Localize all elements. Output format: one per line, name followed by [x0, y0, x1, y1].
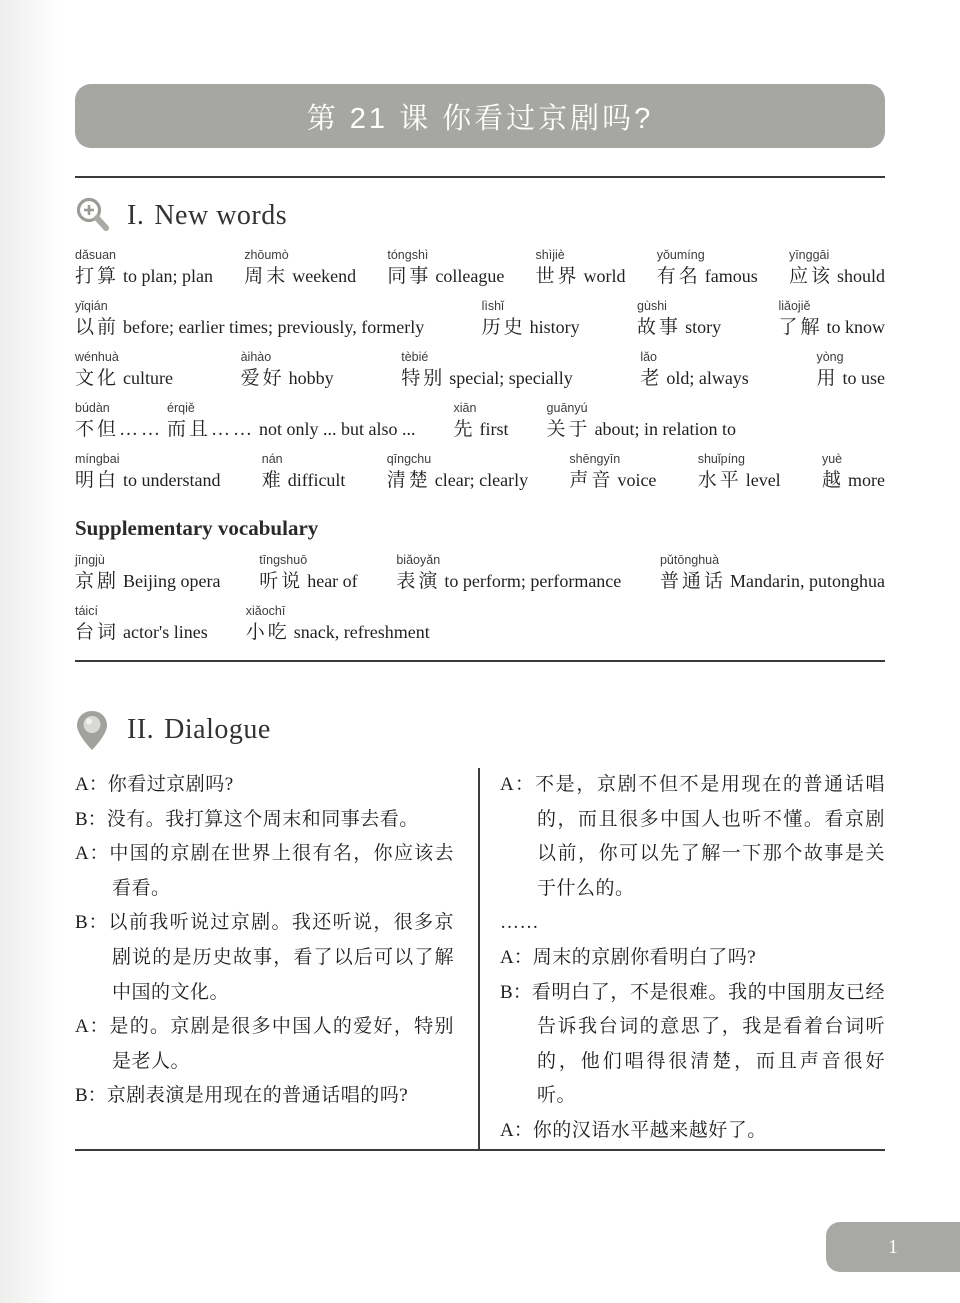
vocab-entry: wénhuà 文化culture	[75, 350, 173, 392]
vocab-pinyin: qīngchu	[387, 452, 528, 467]
vocab-pinyin: zhōumò	[244, 248, 356, 263]
speaker-label: B：	[75, 809, 107, 830]
vocab-entry: xiān 先first	[454, 401, 509, 443]
vocab-pinyin: xiān	[454, 401, 509, 416]
vocab-entry: pǔtōnghuà 普通话Mandarin, putonghua	[660, 553, 885, 595]
turn-text: 是的。京剧是很多中国人的爱好，特别是老人。	[109, 1016, 454, 1072]
vocab-pinyin: yòng	[816, 350, 885, 365]
page-number-tab: 1	[826, 1222, 960, 1272]
vocab-pinyin: míngbai	[75, 452, 221, 467]
vocab-pinyin: tóngshì	[387, 248, 504, 263]
vocab-entry: gùshi 故事story	[637, 299, 721, 341]
vocab-pinyin: xiǎochī	[246, 604, 430, 619]
vocab-entry: guānyú 关于about; in relation to	[547, 401, 736, 443]
vocab-english: about; in relation to	[595, 419, 736, 439]
supplementary-title: Supplementary vocabulary	[75, 516, 885, 541]
vocab-hanzi: 历史	[482, 317, 526, 338]
new-words-title: I.New words	[127, 200, 287, 232]
vocab-english: special; specially	[449, 368, 572, 388]
turn-text: 京剧表演是用现在的普通话唱的吗?	[107, 1085, 408, 1106]
vocab-pinyin: búdàn	[75, 401, 167, 416]
vocab-english: colleague	[435, 266, 504, 286]
vocab-entry: xiǎochī 小吃snack, refreshment	[246, 604, 430, 646]
speaker-label: A：	[75, 843, 109, 864]
turn-text: 你的汉语水平越来越好了。	[533, 1120, 767, 1141]
vocab-pinyin: táicí	[75, 604, 208, 619]
vocab-english: to know	[826, 317, 885, 337]
vocab-hanzi: 越	[822, 470, 844, 491]
vocab-english: weekend	[292, 266, 356, 286]
vocab-english: to perform; performance	[444, 571, 621, 591]
turn-text: 以前我听说过京剧。我还听说，很多京剧说的是历史故事，看了以后可以了解中国的文化。	[108, 912, 454, 1002]
vocab-pinyin: yīnggāi	[789, 248, 885, 263]
vocab-entry: tīngshuō 听说hear of	[259, 553, 357, 595]
vocab-english: voice	[617, 470, 656, 490]
vocab-hanzi: 爱好	[241, 368, 285, 389]
speaker-label: B：	[75, 1085, 107, 1106]
new-words-list: dǎsuan 打算to plan; plan zhōumò 周末weekend …	[75, 248, 885, 494]
dialogue-turn: A：是的。京剧是很多中国人的爱好，特别是老人。	[75, 1010, 454, 1079]
vocab-row: dǎsuan 打算to plan; plan zhōumò 周末weekend …	[75, 248, 885, 290]
lesson-title: 第 21 课 你看过京剧吗?	[307, 96, 654, 137]
vocab-english: Beijing opera	[123, 571, 220, 591]
section-divider	[75, 176, 885, 178]
vocab-hanzi: 不但……	[75, 419, 163, 440]
vocab-entry: nán 难difficult	[262, 452, 346, 494]
vocab-english: level	[746, 470, 781, 490]
vocab-hanzi: 先	[454, 419, 476, 440]
vocab-hanzi: 台词	[75, 622, 119, 643]
vocab-english: to plan; plan	[123, 266, 213, 286]
vocab-entry: táicí 台词actor's lines	[75, 604, 208, 646]
vocab-hanzi: 清楚	[387, 470, 431, 491]
new-words-header: I.New words	[75, 194, 885, 238]
vocab-entry: shìjiè 世界world	[536, 248, 626, 290]
dialogue-left-column: A：你看过京剧吗? B：没有。我打算这个周末和同事去看。 A：中国的京剧在世界上…	[75, 768, 478, 1149]
vocab-entry: lìshǐ 历史history	[482, 299, 580, 341]
vocab-english: snack, refreshment	[294, 622, 430, 642]
vocab-pinyin: jīngjù	[75, 553, 221, 568]
vocab-english: more	[848, 470, 885, 490]
vocab-pinyin: dǎsuan	[75, 248, 213, 263]
vocab-pinyin: guānyú	[547, 401, 736, 416]
speaker-label: B：	[75, 912, 108, 933]
vocab-pinyin: yuè	[822, 452, 885, 467]
vocab-entry: zhōumò 周末weekend	[244, 248, 356, 290]
supplementary-section: Supplementary vocabulary jīngjù 京剧Beijin…	[75, 516, 885, 646]
vocab-hanzi: 用	[816, 368, 838, 389]
vocab-hanzi: 有名	[657, 266, 701, 287]
vocab-hanzi: 难	[262, 470, 284, 491]
vocab-entry: yòng 用to use	[816, 350, 885, 392]
vocab-pinyin: yǒumíng	[657, 248, 758, 263]
vocab-english: actor's lines	[123, 622, 208, 642]
vocab-english: history	[530, 317, 580, 337]
vocab-pinyin: shēngyīn	[569, 452, 656, 467]
vocab-pinyin: nán	[262, 452, 346, 467]
speaker-label: A：	[500, 774, 535, 795]
vocab-entry: míngbai 明白to understand	[75, 452, 221, 494]
vocab-entry: yuè 越more	[822, 452, 885, 494]
dialogue-columns: A：你看过京剧吗? B：没有。我打算这个周末和同事去看。 A：中国的京剧在世界上…	[75, 768, 885, 1149]
vocab-hanzi: 特别	[401, 368, 445, 389]
vocab-english: old; always	[666, 368, 749, 388]
turn-text: ……	[500, 912, 539, 933]
supplementary-list: jīngjù 京剧Beijing opera tīngshuō 听说hear o…	[75, 553, 885, 646]
dialogue-turn: B：以前我听说过京剧。我还听说，很多京剧说的是历史故事，看了以后可以了解中国的文…	[75, 906, 454, 1010]
vocab-english: hear of	[307, 571, 357, 591]
section-divider	[75, 660, 885, 662]
lesson-banner: 第 21 课 你看过京剧吗?	[75, 84, 885, 148]
vocab-entry: érqiě 而且……not only ... but also ...	[167, 401, 416, 443]
vocab-row: míngbai 明白to understand nán 难difficult q…	[75, 452, 885, 494]
vocab-hanzi: 故事	[637, 317, 681, 338]
vocab-entry: lǎo 老old; always	[640, 350, 749, 392]
dialogue-header: II.Dialogue	[75, 708, 885, 752]
vocab-hanzi: 老	[640, 368, 662, 389]
vocab-entry: shēngyīn 声音voice	[569, 452, 656, 494]
vocab-english: world	[584, 266, 626, 286]
vocab-hanzi: 周末	[244, 266, 288, 287]
vocab-pinyin: shuǐpíng	[698, 452, 781, 467]
vocab-english: famous	[705, 266, 758, 286]
vocab-english: difficult	[288, 470, 346, 490]
vocab-hanzi: 普通话	[660, 571, 726, 592]
speaker-label: A：	[75, 1016, 109, 1037]
turn-text: 没有。我打算这个周末和同事去看。	[107, 809, 419, 830]
vocab-row: táicí 台词actor's lines xiǎochī 小吃snack, r…	[75, 604, 885, 646]
vocab-hanzi: 表演	[396, 571, 440, 592]
vocab-entry: qīngchu 清楚clear; clearly	[387, 452, 528, 494]
dialogue-turn: B：京剧表演是用现在的普通话唱的吗?	[75, 1079, 454, 1114]
vocab-row: wénhuà 文化culture àihào 爱好hobby tèbié 特别s…	[75, 350, 885, 392]
vocab-entry: dǎsuan 打算to plan; plan	[75, 248, 213, 290]
vocab-hanzi: 同事	[387, 266, 431, 287]
turn-text: 看明白了，不是很难。我的中国朋友已经告诉我台词的意思了，我是看着台词听的，他们唱…	[532, 982, 885, 1107]
vocab-pinyin: àihào	[241, 350, 334, 365]
vocab-hanzi: 以前	[75, 317, 119, 338]
vocab-hanzi: 打算	[75, 266, 119, 287]
vocab-hanzi: 关于	[547, 419, 591, 440]
page-number: 1	[888, 1236, 898, 1259]
dialogue-turn: B：看明白了，不是很难。我的中国朋友已经告诉我台词的意思了，我是看着台词听的，他…	[500, 976, 885, 1114]
dialogue-bottom-rule	[75, 1149, 885, 1151]
vocab-hanzi: 文化	[75, 368, 119, 389]
speaker-label: B：	[500, 982, 532, 1003]
vocab-english: Mandarin, putonghua	[730, 571, 885, 591]
vocab-pinyin: wénhuà	[75, 350, 173, 365]
turn-text: 中国的京剧在世界上很有名，你应该去看看。	[109, 843, 454, 899]
vocab-english: hobby	[289, 368, 334, 388]
vocab-entry: yǒumíng 有名famous	[657, 248, 758, 290]
vocab-hanzi: 声音	[569, 470, 613, 491]
vocab-english: first	[480, 419, 509, 439]
scan-edge-shadow	[0, 0, 60, 1303]
vocab-hanzi: 明白	[75, 470, 119, 491]
vocab-pinyin: lìshǐ	[482, 299, 580, 314]
vocab-english: to use	[842, 368, 885, 388]
vocab-hanzi: 京剧	[75, 571, 119, 592]
vocab-row: búdàn 不但…… érqiě 而且……not only ... but al…	[75, 401, 885, 443]
dialogue-turn: B：没有。我打算这个周末和同事去看。	[75, 803, 454, 838]
magnifier-icon	[75, 196, 113, 236]
vocab-row: jīngjù 京剧Beijing opera tīngshuō 听说hear o…	[75, 553, 885, 595]
speaker-label: A：	[500, 1120, 533, 1141]
vocab-entry: búdàn 不但……	[75, 401, 167, 443]
vocab-entry: yǐqián 以前before; earlier times; previous…	[75, 299, 424, 341]
turn-text: 不是，京剧不但不是用现在的普通话唱的，而且很多中国人也听不懂。看京剧以前，你可以…	[535, 774, 885, 899]
dialogue-turn: A：中国的京剧在世界上很有名，你应该去看看。	[75, 837, 454, 906]
vocab-english: culture	[123, 368, 173, 388]
vocab-pinyin: érqiě	[167, 401, 416, 416]
vocab-hanzi: 水平	[698, 470, 742, 491]
vocab-pinyin: lǎo	[640, 350, 749, 365]
vocab-hanzi: 世界	[536, 266, 580, 287]
vocab-hanzi: 小吃	[246, 622, 290, 643]
vocab-english: before; earlier times; previously, forme…	[123, 317, 424, 337]
vocab-pinyin: shìjiè	[536, 248, 626, 263]
dialogue-turn: A：周末的京剧你看明白了吗?	[500, 941, 885, 976]
vocab-english: should	[837, 266, 885, 286]
dialogue-right-column: A：不是，京剧不但不是用现在的普通话唱的，而且很多中国人也听不懂。看京剧以前，你…	[478, 768, 885, 1149]
vocab-pinyin: pǔtōnghuà	[660, 553, 885, 568]
vocab-hanzi: 听说	[259, 571, 303, 592]
speaker-label: A：	[500, 947, 533, 968]
vocab-english: story	[685, 317, 721, 337]
vocab-entry: tèbié 特别special; specially	[401, 350, 572, 392]
vocab-row: yǐqián 以前before; earlier times; previous…	[75, 299, 885, 341]
vocab-entry: jīngjù 京剧Beijing opera	[75, 553, 221, 595]
vocab-english: to understand	[123, 470, 220, 490]
vocab-pinyin: gùshi	[637, 299, 721, 314]
vocab-pinyin: liǎojiě	[778, 299, 885, 314]
turn-text: 周末的京剧你看明白了吗?	[533, 947, 756, 968]
vocab-hanzi: 应该	[789, 266, 833, 287]
dialogue-turn: A：你的汉语水平越来越好了。	[500, 1114, 885, 1149]
vocab-pinyin: yǐqián	[75, 299, 424, 314]
vocab-pinyin: biǎoyǎn	[396, 553, 621, 568]
vocab-pinyin: tèbié	[401, 350, 572, 365]
vocab-entry: shuǐpíng 水平level	[698, 452, 781, 494]
vocab-pinyin: tīngshuō	[259, 553, 357, 568]
vocab-english: clear; clearly	[435, 470, 528, 490]
pin-icon	[75, 710, 113, 750]
dialogue-turn: A：不是，京剧不但不是用现在的普通话唱的，而且很多中国人也听不懂。看京剧以前，你…	[500, 768, 885, 906]
vocab-entry: tóngshì 同事colleague	[387, 248, 504, 290]
dialogue-title: II.Dialogue	[127, 714, 271, 746]
page-content: 第 21 课 你看过京剧吗? I.New words dǎsuan 打算to p…	[75, 0, 885, 1151]
speaker-label: A：	[75, 774, 108, 795]
dialogue-turn: A：你看过京剧吗?	[75, 768, 454, 803]
vocab-entry: yīnggāi 应该should	[789, 248, 885, 290]
dialogue-ellipsis: ……	[500, 906, 885, 941]
turn-text: 你看过京剧吗?	[108, 774, 234, 795]
vocab-entry: liǎojiě 了解to know	[778, 299, 885, 341]
vocab-hanzi: 而且……	[167, 419, 255, 440]
vocab-english: not only ... but also ...	[259, 419, 416, 439]
vocab-entry: àihào 爱好hobby	[241, 350, 334, 392]
vocab-hanzi: 了解	[778, 317, 822, 338]
vocab-entry: biǎoyǎn 表演to perform; performance	[396, 553, 621, 595]
